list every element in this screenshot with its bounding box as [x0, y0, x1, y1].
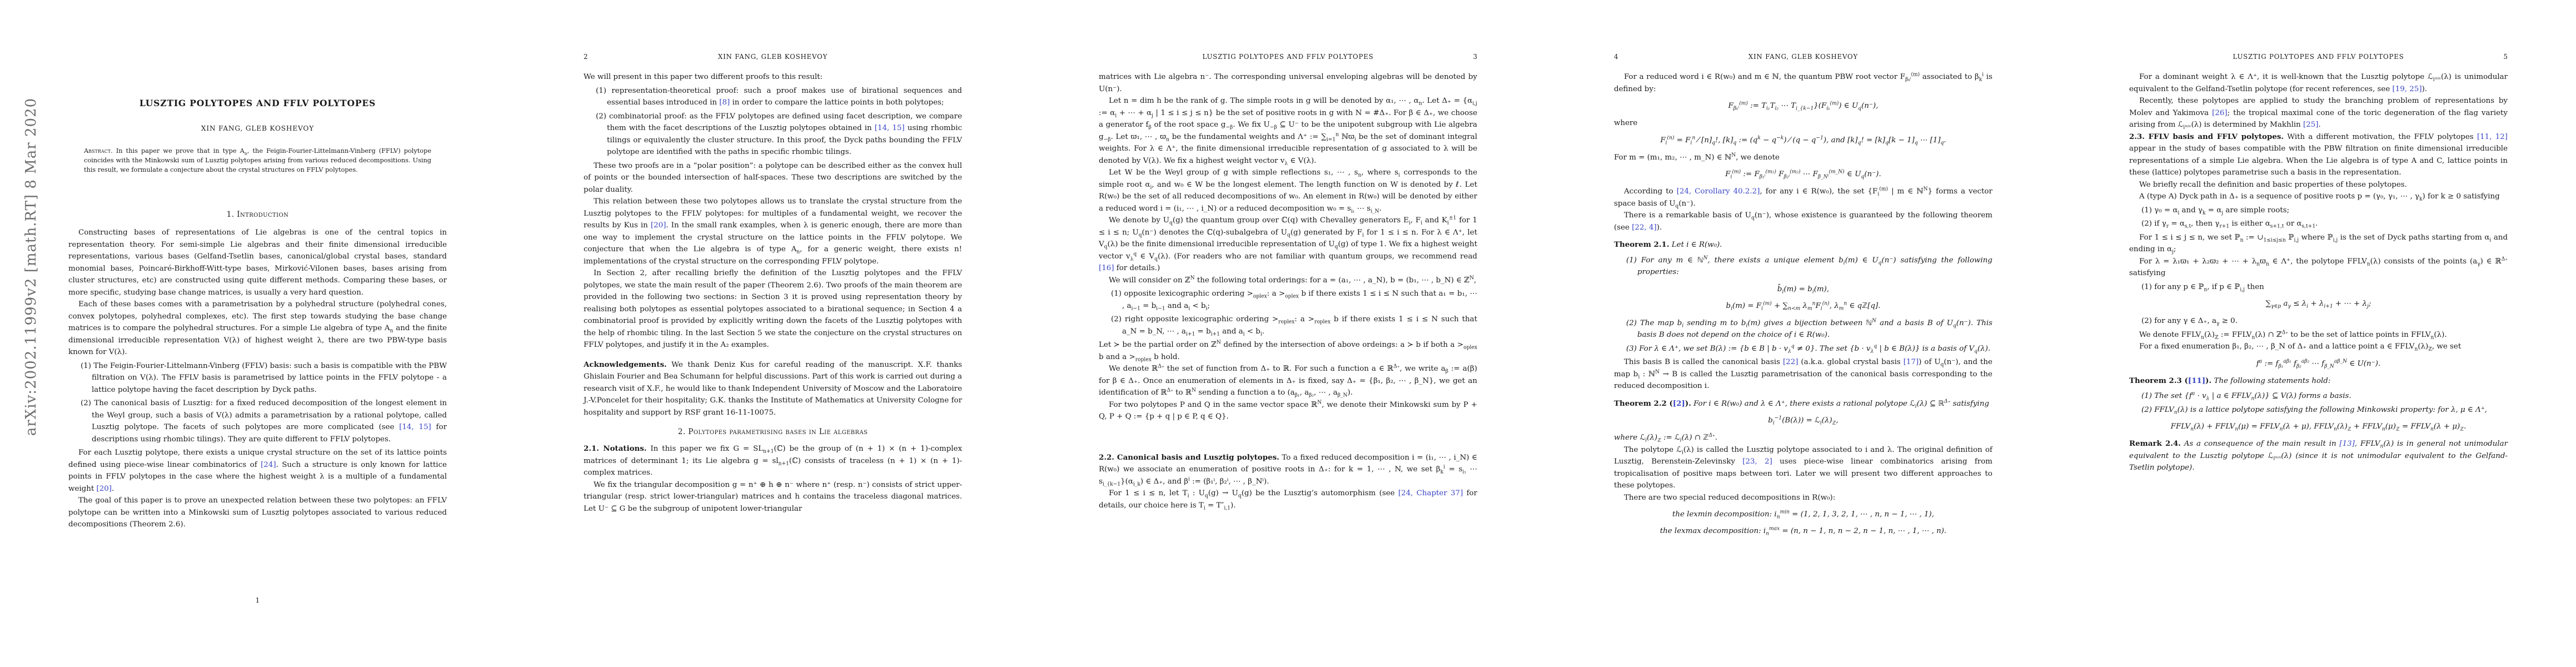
page2-body: We will present in this paper two differ… — [584, 71, 962, 515]
paragraph: Each of these bases comes with a paramet… — [68, 298, 447, 359]
subsection-label: 2.1. Notations. — [584, 444, 646, 453]
paragraph: A (type A) Dyck path in Δ₊ is a sequence… — [2129, 191, 2508, 203]
paragraph: For 1 ≤ i ≤ n, let Ti : Uq(g) → Uq(g) be… — [1099, 487, 1477, 511]
paragraph: There is a remarkable basis of Uq(n⁻), w… — [1614, 210, 1992, 233]
section-heading-2: 2. Polytopes parametrising bases in Lie … — [584, 427, 962, 436]
theorem-item: (1) For any m ∈ ℕN, there exists a uniqu… — [1614, 255, 1992, 278]
display-equation: FFLVn(λ) + FFLVn(μ) = FFLVn(λ + μ), FFLV… — [2129, 421, 2508, 432]
paragraph: This relation between these two polytope… — [584, 196, 962, 267]
display-equation: Fi(m) := Fβ₁ⁱ(m₁) Fβ₂ⁱ(m₂) ⋯ Fβ_Nⁱ(m_N) … — [1614, 169, 1992, 180]
paper-title: LUSZTIG POLYTOPES AND FFLV POLYTOPES — [68, 98, 447, 108]
citation-link[interactable]: [25] — [2303, 121, 2319, 129]
paragraph: According to [24, Corollary 40.2.2], for… — [1614, 186, 1992, 210]
theorem-item: (2) The map bi sending m to bi(m) gives … — [1614, 317, 1992, 341]
citation-link[interactable]: [22] — [1783, 358, 1798, 366]
paragraph: The goal of this paper is to prove an un… — [68, 495, 447, 531]
paragraph: where ℒi(λ)ℤ := ℒi(λ) ∩ ℤΔ₊. — [1614, 432, 1992, 444]
display-equation: bi−1(B(λ)) = ℒi(λ)ℤ, — [1614, 415, 1992, 426]
running-head-title: LUSZTIG POLYTOPES AND FFLV POLYTOPES — [1124, 53, 1452, 61]
theorem-label: Theorem 2.1. — [1614, 240, 1670, 249]
running-head-title: LUSZTIG POLYTOPES AND FFLV POLYTOPES — [2155, 53, 2482, 61]
list-item: (1) for any p ∈ ℙn, if p ∈ ℙi,j then — [2129, 281, 2508, 293]
list-item: (1) opposite lexicographic ordering >opl… — [1099, 288, 1477, 312]
paragraph: We briefly recall the definition and bas… — [2129, 179, 2508, 191]
running-head: LUSZTIG POLYTOPES AND FFLV POLYTOPES 3 — [1099, 53, 1477, 61]
running-head-spacer — [1099, 53, 1124, 61]
paragraph: For a dominant weight λ ∈ Λ⁺, it is well… — [2129, 71, 2508, 95]
running-head-spacer — [936, 53, 962, 61]
running-head-spacer — [1967, 53, 1992, 61]
running-page-number: 4 — [1614, 53, 1640, 61]
citation-link[interactable]: [8] — [719, 98, 730, 107]
citation-link[interactable]: [14, 15] — [399, 423, 431, 431]
paragraph: The polytope ℒi(λ) is called the Lusztig… — [1614, 444, 1992, 492]
acknowledgements-label: Acknowledgements. — [584, 360, 667, 369]
paragraph: These two proofs are in a “polar positio… — [584, 160, 962, 196]
citation-link[interactable]: [11] — [2188, 376, 2205, 385]
citation-link[interactable]: [24, Chapter 37] — [1398, 489, 1463, 497]
page1-body: 1. Introduction Constructing bases of re… — [68, 210, 447, 531]
running-page-number: 5 — [2482, 53, 2508, 61]
paper-authors: XIN FANG, GLEB KOSHEVOY — [68, 125, 447, 132]
abstract-label: Abstract. — [84, 147, 113, 155]
page-number: 1 — [68, 596, 447, 604]
theorem-item: (3) For λ ∈ Λ⁺, we set B(λ) := {b ∈ B | … — [1614, 343, 1992, 355]
subsection-canonical-basis: 2.2. Canonical basis and Lusztig polytop… — [1099, 452, 1477, 488]
paragraph: Let n = dim h be the rank of g. The simp… — [1099, 95, 1477, 167]
theorem-label: Theorem 2.2 ([2]). — [1614, 399, 1691, 408]
page4-body: For a reduced word i ∈ R(w₀) and m ∈ ℕ, … — [1614, 71, 1992, 542]
paragraph: We fix the triangular decomposition g = … — [584, 479, 962, 515]
citation-link[interactable]: [20] — [97, 485, 112, 493]
subsection-fflv: 2.3. FFLV basis and FFLV polytopes. With… — [2129, 131, 2508, 179]
paragraph: We denote FFLVn(λ)ℤ := FFLVn(λ) ∩ ℤΔ₊ to… — [2129, 329, 2508, 341]
theorem-item: (1) The set {fa · vλ | a ∈ FFLVn(λ)} ⊆ V… — [2129, 390, 2508, 402]
remark-label: Remark 2.4. — [2129, 439, 2181, 448]
paragraph: For λ = λ₁ϖ₁ + λ₂ϖ₂ + ⋯ + λnϖn ∈ Λ⁺, the… — [2129, 256, 2508, 280]
list-item: (2) The canonical basis of Lusztig: for … — [68, 397, 447, 445]
page-5: LUSZTIG POLYTOPES AND FFLV POLYTOPES 5 F… — [2061, 0, 2576, 667]
running-head-authors: XIN FANG, GLEB KOSHEVOY — [1640, 53, 1967, 61]
paragraph: There are two special reduced decomposit… — [1614, 492, 1992, 504]
list-item: (2) if γr = αs,t, then γr+1 is either αs… — [2129, 218, 2508, 230]
display-equation: the lexmax decomposition: inmax = (n, n … — [1614, 526, 1992, 537]
paragraph: We will consider on ℤN the following tot… — [1099, 275, 1477, 287]
paragraph: Let ≻ be the partial order on ℤN defined… — [1099, 339, 1477, 363]
subsection-notations: 2.1. Notations. In this paper we fix G =… — [584, 443, 962, 479]
remark-text: As a consequence of the main result in [… — [2129, 440, 2508, 472]
paragraph: Constructing bases of representations of… — [68, 227, 447, 298]
paragraph: where — [1614, 117, 1992, 130]
arxiv-watermark: arXiv:2002.11999v2 [math.RT] 8 Mar 2020 — [23, 98, 39, 436]
citation-link[interactable]: [24, Corollary 40.2.2] — [1677, 187, 1760, 196]
page-3: LUSZTIG POLYTOPES AND FFLV POLYTOPES 3 m… — [1030, 0, 1546, 667]
acknowledgements: Acknowledgements. We thank Deniz Kus for… — [584, 359, 962, 419]
page-1: arXiv:2002.11999v2 [math.RT] 8 Mar 2020 … — [0, 0, 515, 667]
page-4: 4 XIN FANG, GLEB KOSHEVOY For a reduced … — [1546, 0, 2061, 667]
paragraph: For two polytopes P and Q in the same ve… — [1099, 399, 1477, 423]
citation-link[interactable]: [19, 25] — [2393, 85, 2422, 93]
citation-link[interactable]: [14, 15] — [875, 124, 905, 132]
subsection-label: 2.2. Canonical basis and Lusztig polytop… — [1099, 453, 1279, 462]
paragraph: For a reduced word i ∈ R(w₀) and m ∈ ℕ, … — [1614, 71, 1992, 95]
list-item: (2) for any γ ∈ Δ₊, aγ ≥ 0. — [2129, 315, 2508, 327]
theorem-label: Theorem 2.3 ([11]). — [2129, 376, 2211, 385]
remark-2-4: Remark 2.4. As a consequence of the main… — [2129, 438, 2508, 474]
display-equation: ∑γ∈p aγ ≤ λi + λi+1 + ⋯ + λj; — [2129, 298, 2508, 310]
paragraph: We denote by Uq(g) the quantum group ove… — [1099, 215, 1477, 275]
subsection-label: 2.3. FFLV basis and FFLV polytopes. — [2129, 132, 2284, 141]
citation-link[interactable]: [2] — [1673, 399, 1685, 408]
citation-link[interactable]: [11, 12] — [2477, 133, 2508, 141]
theorem-2-1: Theorem 2.1. Let i ∈ R(w₀). — [1614, 239, 1992, 251]
paragraph: Let W be the Weyl group of g with simple… — [1099, 167, 1477, 215]
paragraph: This basis B is called the canonical bas… — [1614, 356, 1992, 392]
display-equation: Fi(n) = Fin ⁄ [n]q!, [k]q := (qk − q−k) … — [1614, 135, 1992, 146]
paragraph: We denote ℝΔ₊ the set of function from Δ… — [1099, 363, 1477, 399]
paragraph: matrices with Lie algebra n⁻. The corres… — [1099, 71, 1477, 95]
list-item: (2) right opposite lexicographic orderin… — [1099, 313, 1477, 337]
paper-scan: { "theme": { "background": "#ffffff", "t… — [0, 0, 2576, 667]
theorem-2-2: Theorem 2.2 ([2]). For i ∈ R(w₀) and λ ∈… — [1614, 398, 1992, 410]
citation-link[interactable]: [17] — [1904, 358, 1919, 366]
running-head-spacer — [2129, 53, 2155, 61]
paragraph: In Section 2, after recalling briefly th… — [584, 267, 962, 351]
theorem-text: For i ∈ R(w₀) and λ ∈ Λ⁺, there exists a… — [1693, 400, 1989, 408]
theorem-2-3: Theorem 2.3 ([11]). The following statem… — [2129, 375, 2508, 387]
list-item: (1) γ₀ = αi and γk = αj are simple roots… — [2129, 205, 2508, 217]
paragraph: We will present in this paper two differ… — [584, 71, 962, 83]
running-head: LUSZTIG POLYTOPES AND FFLV POLYTOPES 5 — [2129, 53, 2508, 61]
citation-link[interactable]: [24] — [261, 461, 276, 469]
display-equation: b̄i(m) = bi(m), — [1614, 284, 1992, 295]
running-head: 4 XIN FANG, GLEB KOSHEVOY — [1614, 53, 1992, 61]
display-equation: fa := fβ₁aβ₁ fβ₂aβ₂ ⋯ fβ_Naβ_N ∈ U(n⁻). — [2129, 359, 2508, 370]
paragraph: For 1 ≤ i ≤ j ≤ n, we set ℙn := ∪1≤i≤j≤n… — [2129, 232, 2508, 256]
page-2: 2 XIN FANG, GLEB KOSHEVOY We will presen… — [515, 0, 1030, 667]
paragraph: For each Lusztig polytope, there exists … — [68, 447, 447, 495]
page3-body: matrices with Lie algebra n⁻. The corres… — [1099, 71, 1477, 511]
section-heading-introduction: 1. Introduction — [68, 210, 447, 219]
list-item: (2) combinatorial proof: as the FFLV pol… — [584, 111, 962, 158]
theorem-text: Let i ∈ R(w₀). — [1672, 241, 1722, 249]
theorem-item: (2) FFLVn(λ) is a lattice polytope satis… — [2129, 404, 2508, 416]
paragraph: Recently, these polytopes are applied to… — [2129, 95, 2508, 131]
list-item: (1) representation-theoretical proof: su… — [584, 85, 962, 109]
citation-link[interactable]: [23, 2] — [1742, 457, 1772, 466]
page5-body: For a dominant weight λ ∈ Λ⁺, it is well… — [2129, 71, 2508, 477]
display-equation: bi(m) = Fi(m) + ∑n≺m λmnFi(n), λmn ∈ qℤ[… — [1614, 301, 1992, 312]
theorem-text: The following statements hold: — [2214, 377, 2330, 385]
paragraph: For m = (m₁, m₂, ⋯ , m_N) ∈ ℕN, we denot… — [1614, 152, 1992, 164]
citation-link[interactable]: [13] — [2339, 440, 2355, 448]
abstract: Abstract. In this paper we prove that in… — [84, 147, 431, 175]
list-item: (1) The Feigin-Fourier-Littelmann-Vinber… — [68, 360, 447, 396]
running-head-authors: XIN FANG, GLEB KOSHEVOY — [609, 53, 936, 61]
running-page-number: 2 — [584, 53, 609, 61]
citation-link[interactable]: [16] — [1099, 264, 1114, 272]
paragraph: For a fixed enumeration β₁, β₂, ⋯ , β_N … — [2129, 341, 2508, 353]
display-equation: the lexmin decomposition: inmin = (1, 2,… — [1614, 509, 1992, 520]
citation-link[interactable]: [22, 4] — [1632, 223, 1657, 232]
running-head: 2 XIN FANG, GLEB KOSHEVOY — [584, 53, 962, 61]
citation-link[interactable]: [20] — [651, 221, 666, 230]
running-page-number: 3 — [1452, 53, 1477, 61]
citation-link[interactable]: [26] — [2212, 109, 2228, 117]
abstract-text: In this paper we prove that in type An, … — [84, 147, 431, 173]
vertical-space — [1099, 423, 1477, 452]
display-equation: Fβₖⁱ(m) := Ti₁Ti₂ ⋯ Ti_{k−1}(Fiₖ(m)) ∈ U… — [1614, 101, 1992, 112]
